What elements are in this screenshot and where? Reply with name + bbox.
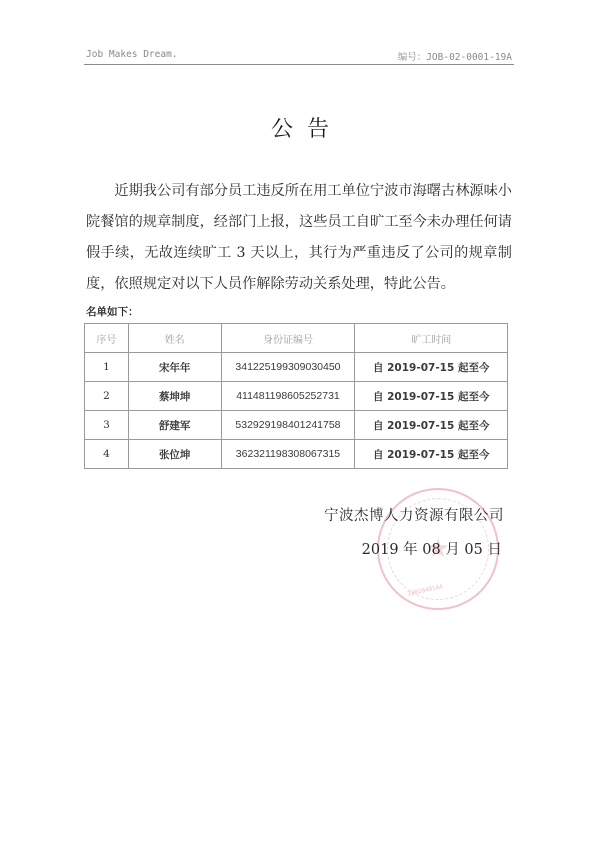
table-row: 3 舒建军 532929198401241758 自 2019-07-15 起至…: [85, 411, 508, 440]
cell-no: 2: [85, 382, 129, 411]
cell-time: 自 2019-07-15 起至今: [355, 382, 508, 411]
notice-paragraph: 近期我公司有部分员工违反所在用工单位宁波市海曙古林源味小院餐馆的规章制度，经部门…: [86, 176, 512, 300]
cell-name: 张位坤: [128, 440, 221, 469]
table-row: 2 蔡坤坤 411481198605252731 自 2019-07-15 起至…: [85, 382, 508, 411]
cell-name: 舒建军: [128, 411, 221, 440]
cell-no: 4: [85, 440, 129, 469]
header-doc-number: 编号：JOB-02-0001-19A: [398, 49, 512, 63]
table-row: 1 宋年年 341225199309030450 自 2019-07-15 起至…: [85, 353, 508, 382]
cell-name: 宋年年: [128, 353, 221, 382]
header-absence-time: 旷工时间: [355, 324, 508, 353]
header-name: 姓名: [128, 324, 221, 353]
cell-time: 自 2019-07-15 起至今: [355, 440, 508, 469]
cell-no: 3: [85, 411, 129, 440]
notice-title: 公告: [0, 112, 600, 143]
cell-id: 341225199309030450: [221, 353, 355, 382]
signature-date: 2019 年 08 月 05 日: [362, 538, 502, 559]
cell-time: 自 2019-07-15 起至今: [355, 411, 508, 440]
list-label: 名单如下：: [86, 304, 139, 319]
cell-name: 蔡坤坤: [128, 382, 221, 411]
header-slogan: Job Makes Dream.: [86, 49, 178, 60]
header-id: 身份证编号: [221, 324, 355, 353]
signature-company: 宁波杰博人力资源有限公司: [324, 504, 504, 525]
header-no: 序号: [85, 324, 129, 353]
cell-time: 自 2019-07-15 起至今: [355, 353, 508, 382]
cell-no: 1: [85, 353, 129, 382]
notice-body: 近期我公司有部分员工违反所在用工单位宁波市海曙古林源味小院餐馆的规章制度，经部门…: [86, 176, 512, 300]
table-header-row: 序号 姓名 身份证编号 旷工时间: [85, 324, 508, 353]
cell-id: 411481198605252731: [221, 382, 355, 411]
dismissal-table: 序号 姓名 身份证编号 旷工时间 1 宋年年 34122519930903045…: [84, 323, 508, 469]
document-header: Job Makes Dream. 编号：JOB-02-0001-19A: [84, 44, 514, 65]
table-row: 4 张位坤 362321198308067315 自 2019-07-15 起至…: [85, 440, 508, 469]
cell-id: 362321198308067315: [221, 440, 355, 469]
cell-id: 532929198401241758: [221, 411, 355, 440]
